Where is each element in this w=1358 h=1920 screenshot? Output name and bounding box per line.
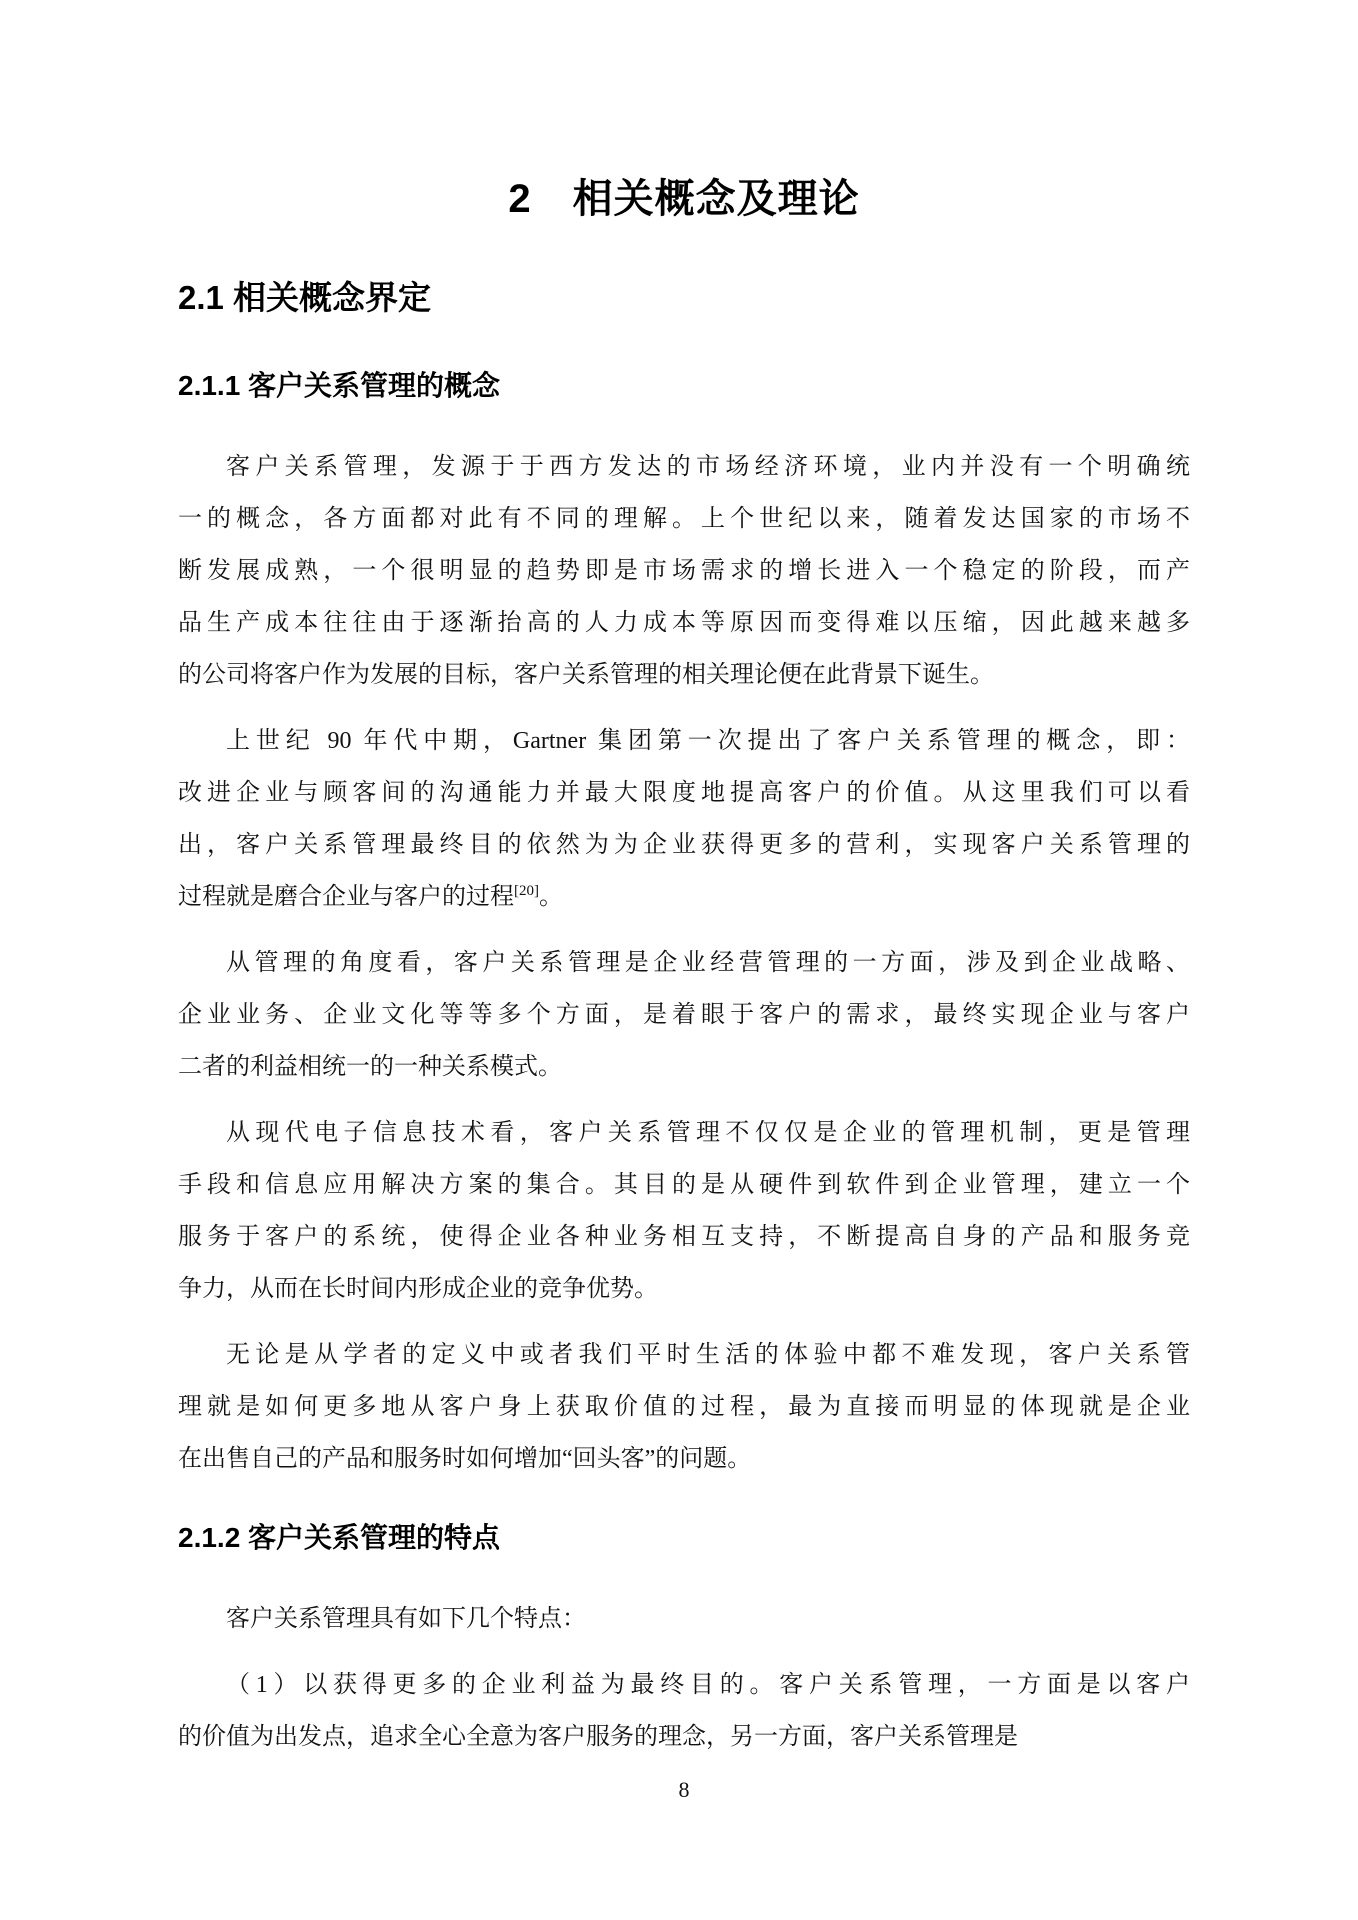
body-line: 改进企业与顾客间的沟通能力并最大限度地提高客户的价值。从这里我们可以看 <box>178 767 1190 819</box>
body-line: 的价值为出发点，追求全心全意为客户服务的理念，另一方面，客户关系管理是 <box>178 1711 1190 1763</box>
paragraph: 上世纪 90 年代中期，Gartner 集团第一次提出了客户关系管理的概念，即：… <box>178 715 1190 923</box>
body-line: 从管理的角度看，客户关系管理是企业经营管理的一方面，涉及到企业战略、 <box>178 937 1190 989</box>
body-line: 在出售自己的产品和服务时如何增加“回头客”的问题。 <box>178 1433 1190 1485</box>
paragraph: 从现代电子信息技术看，客户关系管理不仅仅是企业的管理机制，更是管理手段和信息应用… <box>178 1107 1190 1315</box>
body-line: （1）以获得更多的企业利益为最终目的。客户关系管理，一方面是以客户 <box>178 1659 1190 1711</box>
text-segment: 。 <box>539 884 563 910</box>
paragraph: 客户关系管理，发源于于西方发达的市场经济环境，业内并没有一个明确统一的概念，各方… <box>178 441 1190 701</box>
document-body: 2.1 相关概念界定2.1.1 客户关系管理的概念客户关系管理，发源于于西方发达… <box>178 278 1190 1763</box>
paragraph: （1）以获得更多的企业利益为最终目的。客户关系管理，一方面是以客户的价值为出发点… <box>178 1659 1190 1763</box>
body-line: 品生产成本往往由于逐渐抬高的人力成本等原因而变得难以压缩，因此越来越多 <box>178 597 1190 649</box>
chapter-title: 2 相关概念及理论 <box>178 175 1190 223</box>
document-page: 2 相关概念及理论 2.1 相关概念界定2.1.1 客户关系管理的概念客户关系管… <box>0 0 1358 1920</box>
body-line: 理就是如何更多地从客户身上获取价值的过程，最为直接而明显的体现就是企业 <box>178 1381 1190 1433</box>
body-line: 出，客户关系管理最终目的依然为为企业获得更多的营利，实现客户关系管理的 <box>178 819 1190 871</box>
body-line: 手段和信息应用解决方案的集合。其目的是从硬件到软件到企业管理，建立一个 <box>178 1159 1190 1211</box>
body-line: 无论是从学者的定义中或者我们平时生活的体验中都不难发现，客户关系管 <box>178 1329 1190 1381</box>
section-heading: 2.1 相关概念界定 <box>178 278 1190 318</box>
body-line: 过程就是磨合企业与客户的过程[20]。 <box>178 871 1190 923</box>
paragraph: 无论是从学者的定义中或者我们平时生活的体验中都不难发现，客户关系管理就是如何更多… <box>178 1329 1190 1485</box>
page-number: 8 <box>178 1777 1190 1803</box>
body-line: 二者的利益相统一的一种关系模式。 <box>178 1041 1190 1093</box>
body-line: 的公司将客户作为发展的目标，客户关系管理的相关理论便在此背景下诞生。 <box>178 649 1190 701</box>
body-line: 服务于客户的系统，使得企业各种业务相互支持，不断提高自身的产品和服务竞 <box>178 1211 1190 1263</box>
body-line: 企业业务、企业文化等等多个方面，是着眼于客户的需求，最终实现企业与客户 <box>178 989 1190 1041</box>
subsection-heading: 2.1.1 客户关系管理的概念 <box>178 368 1190 404</box>
citation-marker: [20] <box>514 883 539 899</box>
paragraph: 客户关系管理具有如下几个特点： <box>178 1593 1190 1645</box>
body-line: 客户关系管理具有如下几个特点： <box>178 1593 1190 1645</box>
body-line: 从现代电子信息技术看，客户关系管理不仅仅是企业的管理机制，更是管理 <box>178 1107 1190 1159</box>
subsection-heading: 2.1.2 客户关系管理的特点 <box>178 1520 1190 1556</box>
body-line: 一的概念，各方面都对此有不同的理解。上个世纪以来，随着发达国家的市场不 <box>178 493 1190 545</box>
body-line: 上世纪 90 年代中期，Gartner 集团第一次提出了客户关系管理的概念，即： <box>178 715 1190 767</box>
paragraph: 从管理的角度看，客户关系管理是企业经营管理的一方面，涉及到企业战略、企业业务、企… <box>178 937 1190 1093</box>
body-line: 争力，从而在长时间内形成企业的竞争优势。 <box>178 1263 1190 1315</box>
body-line: 客户关系管理，发源于于西方发达的市场经济环境，业内并没有一个明确统 <box>178 441 1190 493</box>
body-line: 断发展成熟，一个很明显的趋势即是市场需求的增长进入一个稳定的阶段，而产 <box>178 545 1190 597</box>
text-segment: 过程就是磨合企业与客户的过程 <box>178 884 514 910</box>
